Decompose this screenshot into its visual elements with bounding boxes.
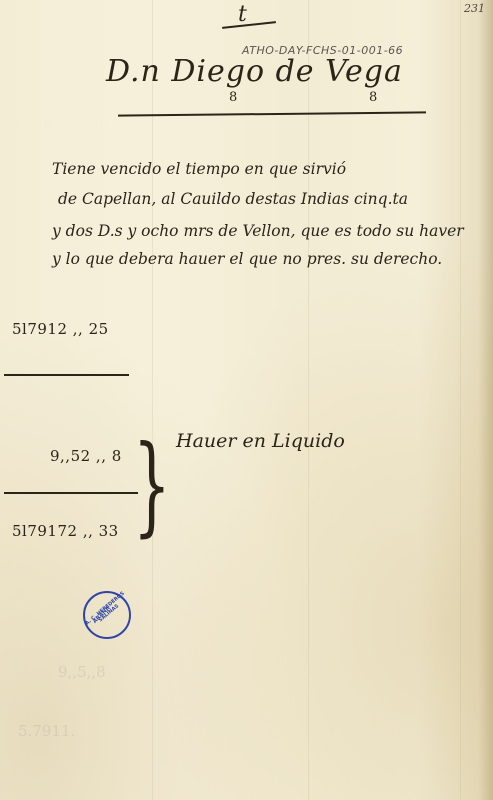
separator-rule <box>4 374 129 376</box>
superscript-stroke <box>222 21 276 28</box>
heading-superscript: 8 <box>369 90 377 105</box>
heading-superscript: 8 <box>229 90 237 105</box>
total-amount: 5l79172 ,, 33 <box>12 522 119 540</box>
manuscript-page: 231 t ATHO-DAY-FCHS-01-001-66 D.n Diego … <box>0 0 493 800</box>
heading-underline <box>118 111 426 116</box>
body-line: y dos D.s y ocho mrs de Vellon, que es t… <box>52 222 464 240</box>
folio-number: 231 <box>464 2 485 15</box>
bleed-through-text: 5.7911. <box>18 722 75 740</box>
page-heading: D.n Diego de Vega <box>106 54 403 89</box>
first-amount: 5l7912 ,, 25 <box>12 320 109 338</box>
heading-superscript: t <box>238 2 247 27</box>
paper-crease <box>152 0 153 800</box>
total-label: Hauer en Liquido <box>176 430 345 452</box>
body-line: Tiene vencido el tiempo en que sirvió <box>52 160 346 178</box>
body-line: de Capellan, al Cauildo destas Indias ci… <box>58 190 408 208</box>
second-amount: 9,,52 ,, 8 <box>50 447 122 465</box>
paper-crease <box>460 0 461 800</box>
curly-brace: } <box>133 432 171 540</box>
paper-crease <box>308 0 309 800</box>
bleed-through-text: 9,,5,,8 <box>58 663 106 681</box>
archive-stamp: A. C. HEREDEROS SALINAS ARANA <box>83 591 131 639</box>
sum-rule <box>4 492 138 494</box>
body-line: y lo que debera hauer el que no pres. su… <box>52 250 442 268</box>
